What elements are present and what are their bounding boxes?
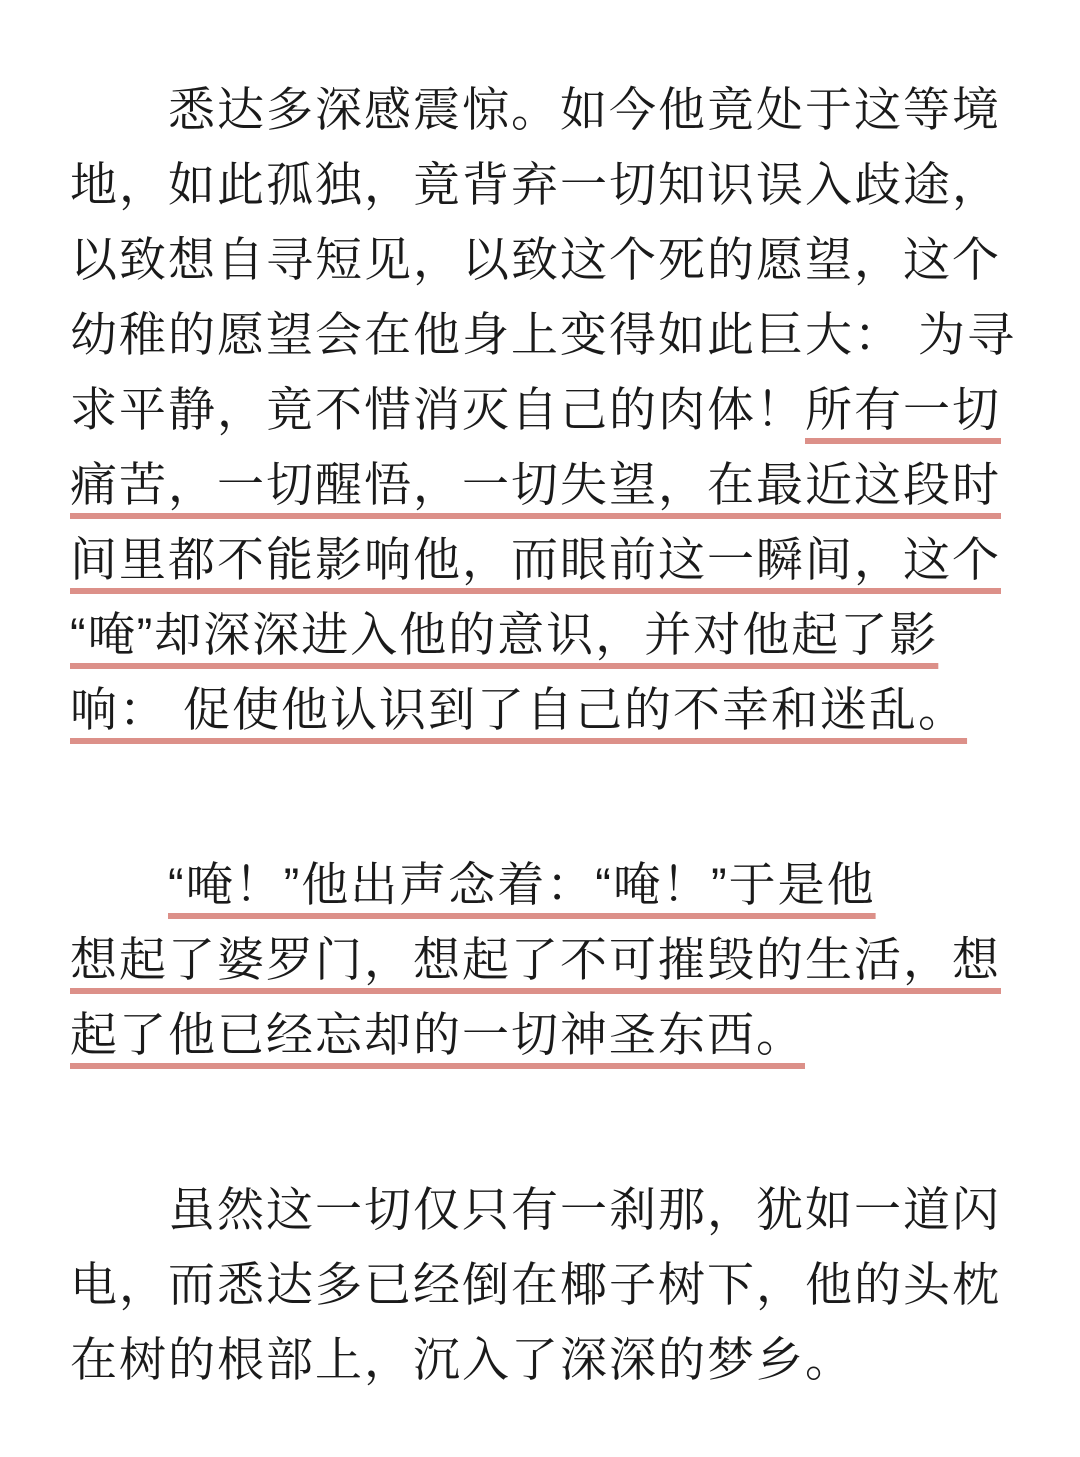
text-line: 悉达多深感震惊。如今他竟处于这等境 xyxy=(70,72,1010,147)
text-segment: 电，而悉达多已经倒在椰子树下，他的头枕 xyxy=(70,1258,1001,1311)
text-line: 起了他已经忘却的一切神圣东西。 xyxy=(70,997,1010,1072)
highlighted-text-segment[interactable]: “唵”却深深进入他的意识，并对他起了影 xyxy=(70,608,938,661)
text-segment: 悉达多深感震惊。如今他竟处于这等境 xyxy=(168,83,1001,136)
highlighted-text-segment[interactable]: 痛苦，一切醒悟，一切失望，在最近这段时 xyxy=(70,458,1001,511)
text-line: 以致想自寻短见，以致这个死的愿望，这个 xyxy=(70,222,1010,297)
paragraph: 虽然这一切仅只有一刹那，犹如一道闪 电，而悉达多已经倒在椰子树下，他的头枕 在树… xyxy=(70,1172,1010,1397)
text-line: 电，而悉达多已经倒在椰子树下，他的头枕 xyxy=(70,1247,1010,1322)
text-line: 虽然这一切仅只有一刹那，犹如一道闪 xyxy=(70,1172,1010,1247)
highlighted-text-segment[interactable]: 起了他已经忘却的一切神圣东西。 xyxy=(70,1008,805,1061)
highlighted-text-segment[interactable]: 所有一切 xyxy=(805,383,1001,436)
text-line: 求平静，竟不惜消灭自己的肉体！所有一切 xyxy=(70,372,1010,447)
highlighted-text-segment[interactable]: “唵！”他出声念着：“唵！”于是他 xyxy=(168,858,876,911)
text-line: 幼稚的愿望会在他身上变得如此巨大： 为寻 xyxy=(70,297,1010,372)
text-segment: 虽然这一切仅只有一刹那，犹如一道闪 xyxy=(168,1183,1001,1236)
text-line: 想起了婆罗门，想起了不可摧毁的生活，想 xyxy=(70,922,1010,997)
book-text-content: 悉达多深感震惊。如今他竟处于这等境 地，如此孤独，竟背弃一切知识误入歧途， 以致… xyxy=(70,72,1010,1397)
text-line: “唵”却深深进入他的意识，并对他起了影 xyxy=(70,597,1010,672)
text-segment: 地，如此孤独，竟背弃一切知识误入歧途， xyxy=(70,158,1001,211)
text-segment: 以致想自寻短见，以致这个死的愿望，这个 xyxy=(70,233,1001,286)
text-line: 痛苦，一切醒悟，一切失望，在最近这段时 xyxy=(70,447,1010,522)
text-line: 在树的根部上，沉入了深深的梦乡。 xyxy=(70,1322,1010,1397)
text-segment: 在树的根部上，沉入了深深的梦乡。 xyxy=(70,1333,854,1386)
text-line: 间里都不能影响他，而眼前这一瞬间，这个 xyxy=(70,522,1010,597)
paragraph: “唵！”他出声念着：“唵！”于是他 想起了婆罗门，想起了不可摧毁的生活，想 起了… xyxy=(70,847,1010,1072)
text-segment: 幼稚的愿望会在他身上变得如此巨大： 为寻 xyxy=(70,308,1016,361)
paragraph: 悉达多深感震惊。如今他竟处于这等境 地，如此孤独，竟背弃一切知识误入歧途， 以致… xyxy=(70,72,1010,747)
text-line: 地，如此孤独，竟背弃一切知识误入歧途， xyxy=(70,147,1010,222)
highlighted-text-segment[interactable]: 间里都不能影响他，而眼前这一瞬间，这个 xyxy=(70,533,1001,586)
text-segment: 求平静，竟不惜消灭自己的肉体！ xyxy=(70,383,805,436)
text-line: 响： 促使他认识到了自己的不幸和迷乱。 xyxy=(70,672,1010,747)
reader-page: 悉达多深感震惊。如今他竟处于这等境 地，如此孤独，竟背弃一切知识误入歧途， 以致… xyxy=(0,0,1080,1457)
text-line: “唵！”他出声念着：“唵！”于是他 xyxy=(70,847,1010,922)
highlighted-text-segment[interactable]: 响： 促使他认识到了自己的不幸和迷乱。 xyxy=(70,683,967,736)
highlighted-text-segment[interactable]: 想起了婆罗门，想起了不可摧毁的生活，想 xyxy=(70,933,1001,986)
